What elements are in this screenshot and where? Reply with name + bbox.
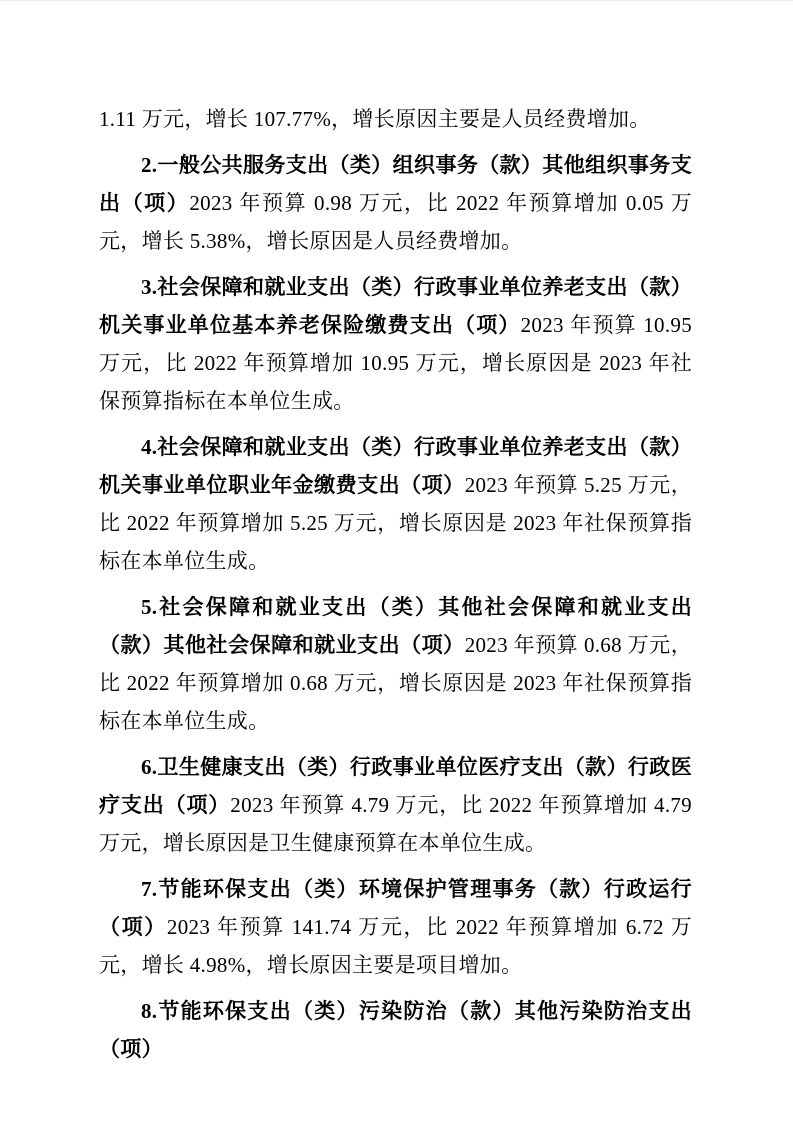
paragraph-6: 6.卫生健康支出（类）行政事业单位医疗支出（款）行政医疗支出（项）2023 年预… — [99, 748, 692, 862]
budget-item-text-run: 1.11 万元，增长 107.77%，增长原因主要是人员经费增加。 — [99, 107, 651, 131]
paragraph-1: 1.11 万元，增长 107.77%，增长原因主要是人员经费增加。 — [99, 100, 692, 138]
document-page: 1.11 万元，增长 107.77%，增长原因主要是人员经费增加。2.一般公共服… — [0, 0, 793, 1122]
budget-item-text-run: 2023 年预算 141.74 万元，比 2022 年预算增加 6.72 万元，… — [99, 915, 692, 977]
paragraph-4: 4.社会保障和就业支出（类）行政事业单位养老支出（款）机关事业单位职业年金缴费支… — [99, 428, 692, 580]
budget-item-heading-run: 8.节能环保支出（类）污染防治（款）其他污染防治支出（项） — [99, 999, 692, 1061]
paragraph-7: 7.节能环保支出（类）环境保护管理事务（款）行政运行（项）2023 年预算 14… — [99, 870, 692, 984]
document-body: 1.11 万元，增长 107.77%，增长原因主要是人员经费增加。2.一般公共服… — [99, 100, 692, 1068]
paragraph-8: 8.节能环保支出（类）污染防治（款）其他污染防治支出（项） — [99, 992, 692, 1068]
paragraph-2: 2.一般公共服务支出（类）组织事务（款）其他组织事务支出（项）2023 年预算 … — [99, 146, 692, 260]
paragraph-5: 5.社会保障和就业支出（类）其他社会保障和就业支出（款）其他社会保障和就业支出（… — [99, 588, 692, 740]
paragraph-3: 3.社会保障和就业支出（类）行政事业单位养老支出（款）机关事业单位基本养老保险缴… — [99, 268, 692, 420]
